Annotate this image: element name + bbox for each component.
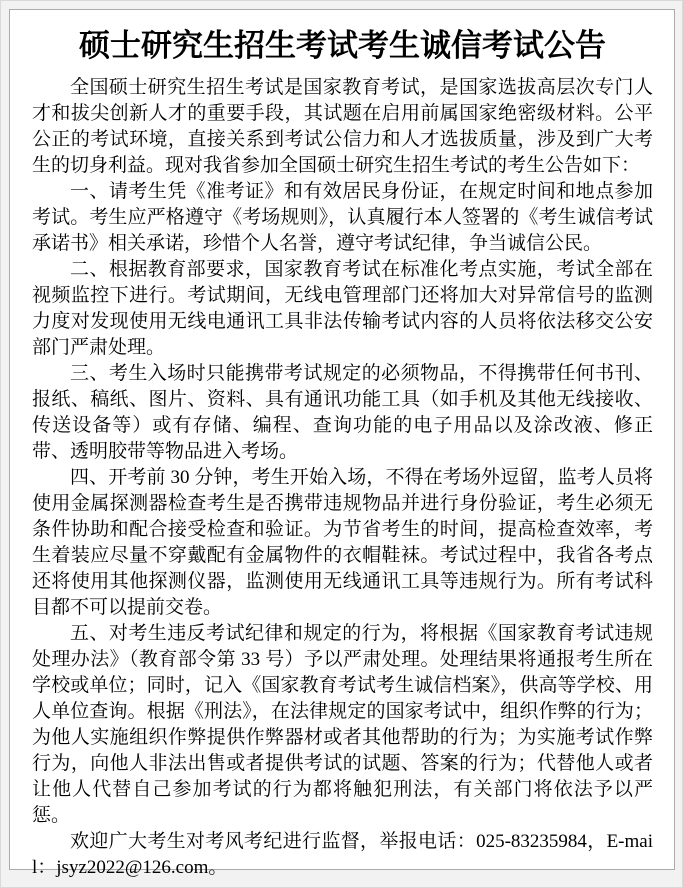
- notice-paragraph-item-5: 五、对考生违反考试纪律和规定的行为，将根据《国家教育考试违规处理办法》（教育部令…: [32, 621, 653, 829]
- notice-paragraph-contact: 欢迎广大考生对考风考纪进行监督，举报电话：025-83235984，E-mail…: [32, 829, 653, 881]
- notice-title: 硕士研究生招生考试考生诚信考试公告: [32, 26, 653, 66]
- notice-paragraph-item-3: 三、考生入场时只能携带考试规定的必须物品，不得携带任何书刊、报纸、稿纸、图片、资…: [32, 361, 653, 465]
- notice-sheet: 硕士研究生招生考试考生诚信考试公告 全国硕士研究生招生考试是国家教育考试，是国家…: [9, 9, 675, 870]
- notice-paragraph-intro: 全国硕士研究生招生考试是国家教育考试，是国家选拔高层次专门人才和拔尖创新人才的重…: [32, 75, 653, 179]
- notice-paragraph-item-2: 二、根据教育部要求，国家教育考试在标准化考点实施，考试全部在视频监控下进行。考试…: [32, 257, 653, 361]
- notice-paragraph-item-1: 一、请考生凭《准考证》和有效居民身份证，在规定时间和地点参加考试。考生应严格遵守…: [32, 179, 653, 257]
- notice-paragraph-item-4: 四、开考前 30 分钟，考生开始入场，不得在考场外逗留，监考人员将使用金属探测器…: [32, 465, 653, 621]
- document-page: 硕士研究生招生考试考生诚信考试公告 全国硕士研究生招生考试是国家教育考试，是国家…: [0, 0, 683, 888]
